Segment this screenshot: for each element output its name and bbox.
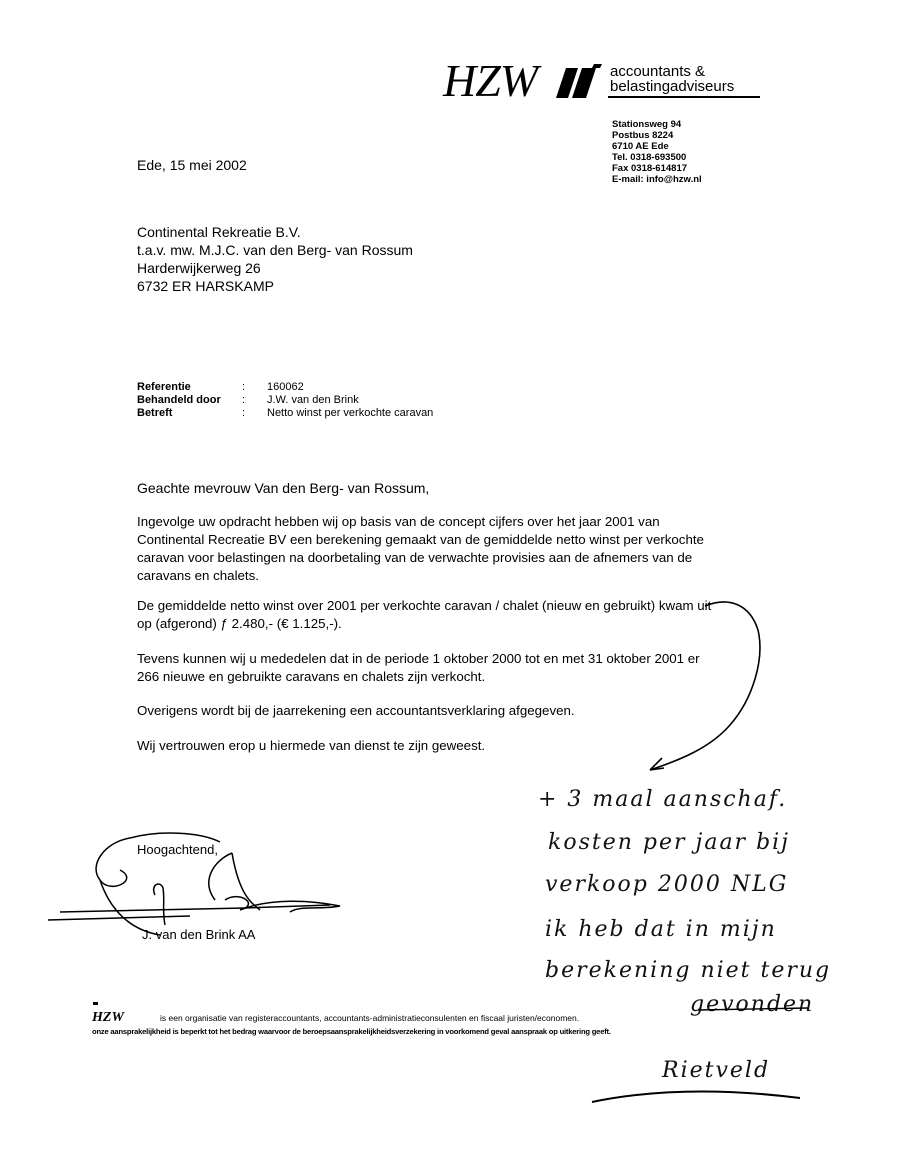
- signature-underline-icon: [592, 1092, 800, 1102]
- footer-mark: [93, 1002, 98, 1005]
- signature-scribble-icon: [48, 833, 340, 935]
- footer-logo: HZW: [92, 1010, 124, 1026]
- handwritten-strokes: [0, 0, 900, 1174]
- footer-disclaimer-line-2: onze aansprakelijkheid is beperkt tot he…: [92, 1027, 611, 1036]
- annotation-arrow-icon: [650, 602, 760, 770]
- note-underline-icon: [698, 1008, 808, 1010]
- footer-disclaimer-line-1: is een organisatie van registeraccountan…: [160, 1013, 579, 1023]
